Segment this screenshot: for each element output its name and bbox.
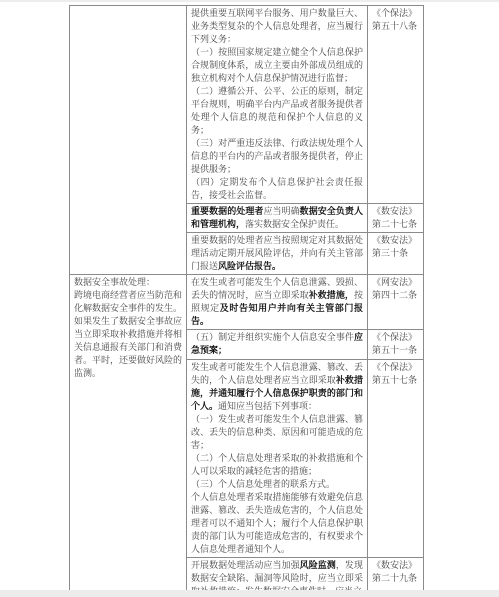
text-paragraph: （五）制定并组织实施个人信息安全事件应急预案；	[191, 331, 363, 357]
text-paragraph: （二）遵循公开、公平、公正的原则，制定平台规则，明确平台内产品或者服务提供者处理…	[191, 85, 363, 137]
body-text: （五）制定并组织实施个人信息安全事件	[191, 332, 354, 342]
law-article: 第五十一条	[372, 344, 419, 357]
law-name: 《数安法》	[372, 234, 419, 247]
body-text: （三）个人信息处理者的联系方式。	[191, 479, 335, 489]
law-reference-cell: 《个保法》第五十七条	[368, 360, 424, 558]
law-article: 第五十八条	[372, 20, 419, 33]
law-name: 《网安法》	[372, 276, 419, 289]
obligation-cell: 发生或者可能发生个人信息泄露、篡改、丢失的，个人信息处理者应当立即采取补救措施，…	[187, 360, 368, 558]
text-paragraph: （一）按照国家规定建立健全个人信息保护合规制度体系，成立主要由外部成员组成的独立…	[191, 46, 363, 85]
body-text: 跨境电商经营者应当防范和化解数据安全事件的发生。如果发生了数据安全事故应当立即采…	[74, 290, 182, 378]
text-paragraph: （三）对严重违反法律、行政法规处理个人信息的平台内的产品或者服务提供者，停止提供…	[191, 137, 363, 176]
body-text: （二）遵循公开、公平、公正的原则，制定平台规则，明确平台内产品或者服务提供者处理…	[191, 86, 363, 135]
text-paragraph: （二）个人信息处理者采取的补救措施和个人可以采取的减轻危害的措施；	[191, 452, 363, 478]
body-text: （一）按照国家规定建立健全个人信息保护合规制度体系，成立主要由外部成员组成的独立…	[191, 47, 363, 83]
page-edge-bottom	[0, 590, 499, 597]
obligation-cell: 提供重要互联网平台服务、用户数量巨大、业务类型复杂的个人信息处理者，应当履行下列…	[187, 6, 368, 204]
body-text: 开展数据处理活动应当加强	[191, 560, 300, 570]
law-name: 《数安法》	[372, 205, 419, 218]
law-name: 《个保法》	[372, 331, 419, 344]
obligation-cell: 重要数据的处理者应当按照规定对其数据处理活动定期开展风险评估，并向有关主管部门报…	[187, 233, 368, 275]
law-name: 《个保法》	[372, 7, 419, 20]
obligation-cell: 重要数据的处理者应当明确数据安全负责人和管理机构，落实数据安全保护责任。	[187, 204, 368, 233]
body-text: （三）对严重违反法律、行政法规处理个人信息的平台内的产品或者服务提供者，停止提供…	[191, 138, 363, 174]
text-paragraph: 个人信息处理者采取措施能够有效避免信息泄露、篡改、丢失造成危害的，个人信息处理者…	[191, 491, 363, 556]
law-reference-cell: 《数安法》第二十七条	[368, 204, 424, 233]
document-page: 提供重要互联网平台服务、用户数量巨大、业务类型复杂的个人信息处理者，应当履行下列…	[0, 0, 499, 597]
table-row: 数据安全事故处理：跨境电商经营者应当防范和化解数据安全事件的发生。如果发生了数据…	[70, 275, 424, 330]
law-reference-cell: 《个保法》第五十一条	[368, 330, 424, 360]
obligation-cell: 在发生或者可能发生个人信息泄露、毁损、丢失的情况时，应当立即采取补救措施，按照规…	[187, 275, 368, 330]
body-text: 提供重要互联网平台服务、用户数量巨大、业务类型复杂的个人信息处理者，应当履行下列…	[191, 8, 363, 44]
scenario-cell	[70, 6, 187, 275]
table-row: 提供重要互联网平台服务、用户数量巨大、业务类型复杂的个人信息处理者，应当履行下列…	[70, 6, 424, 204]
law-reference-cell: 《个保法》第五十八条	[368, 6, 424, 204]
text-paragraph: 发生或者可能发生个人信息泄露、篡改、丢失的，个人信息处理者应当立即采取补救措施，…	[191, 361, 363, 413]
emphasized-text: 重要数据的处理者	[191, 206, 263, 216]
obligation-cell: （五）制定并组织实施个人信息安全事件应急预案；	[187, 330, 368, 360]
emphasized-text: 风险评估报告。	[218, 261, 281, 271]
body-text: 应当明确	[263, 206, 299, 216]
body-text: 个人信息处理者采取措施能够有效避免信息泄露、篡改、丢失造成危害的，个人信息处理者…	[191, 492, 363, 554]
body-text: （一）发生或者可能发生个人信息泄露、篡改、丢失的信息种类、原因和可能造成的危害；	[191, 414, 363, 450]
text-paragraph: 重要数据的处理者应当明确数据安全负责人和管理机构，落实数据安全保护责任。	[191, 205, 363, 231]
law-reference-cell: 《网安法》第四十二条	[368, 275, 424, 330]
text-paragraph: （一）发生或者可能发生个人信息泄露、篡改、丢失的信息种类、原因和可能造成的危害；	[191, 413, 363, 452]
text-paragraph: 在发生或者可能发生个人信息泄露、毁损、丢失的情况时，应当立即采取补救措施，按照规…	[191, 276, 363, 328]
compliance-table: 提供重要互联网平台服务、用户数量巨大、业务类型复杂的个人信息处理者，应当履行下列…	[69, 5, 424, 597]
text-paragraph: 数据安全事故处理：	[74, 276, 182, 289]
scenario-cell: 数据安全事故处理：跨境电商经营者应当防范和化解数据安全事件的发生。如果发生了数据…	[70, 275, 187, 597]
text-paragraph: 跨境电商经营者应当防范和化解数据安全事件的发生。如果发生了数据安全事故应当立即采…	[74, 289, 182, 380]
page-edge-top	[0, 0, 499, 2]
law-article: 第五十七条	[372, 374, 419, 387]
text-paragraph: 提供重要互联网平台服务、用户数量巨大、业务类型复杂的个人信息处理者，应当履行下列…	[191, 7, 363, 46]
text-paragraph: （四）定期发布个人信息保护社会责任报告，接受社会监督。	[191, 176, 363, 202]
text-paragraph: （三）个人信息处理者的联系方式。	[191, 478, 363, 491]
law-name: 《个保法》	[372, 361, 419, 374]
law-article: 第四十二条	[372, 289, 419, 302]
body-text: （四）定期发布个人信息保护社会责任报告，接受社会监督。	[191, 177, 363, 200]
body-text: 通知应当包括下列事项：	[218, 401, 317, 411]
law-article: 第三十条	[372, 247, 419, 260]
text-paragraph: 重要数据的处理者应当按照规定对其数据处理活动定期开展风险评估，并向有关主管部门报…	[191, 234, 363, 273]
law-article: 第二十九条	[372, 572, 419, 585]
emphasized-text: 补救措施，	[309, 290, 354, 300]
emphasized-text: 风险监测	[300, 560, 336, 570]
body-text: 数据安全事故处理：	[74, 277, 155, 287]
body-text: 落实数据安全保护责任。	[245, 219, 344, 229]
body-text: （二）个人信息处理者采取的补救措施和个人可以采取的减轻危害的措施；	[191, 453, 363, 476]
law-reference-cell: 《数安法》第三十条	[368, 233, 424, 275]
law-name: 《数安法》	[372, 559, 419, 572]
law-article: 第二十七条	[372, 218, 419, 231]
